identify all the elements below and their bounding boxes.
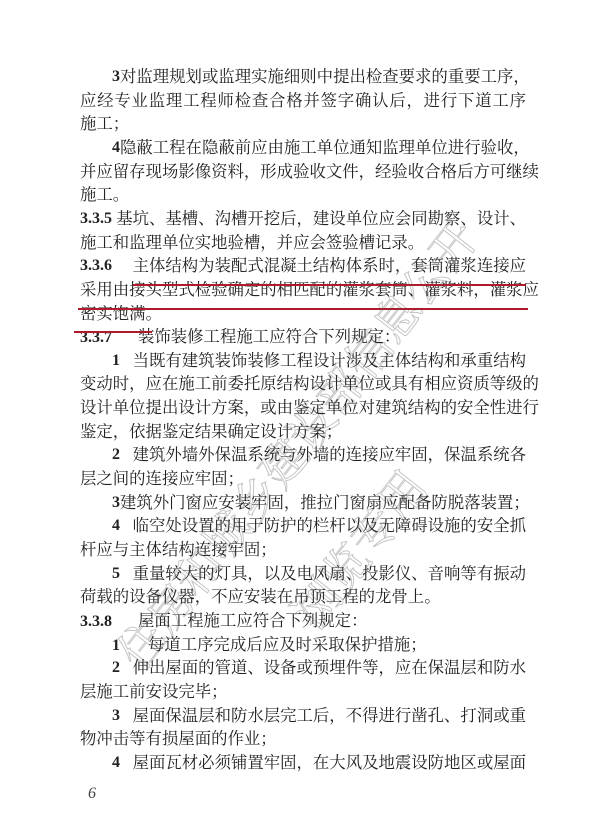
line-text: 伸出屋面的管道、设备或预埋件等，应在保温层和防水 (133, 656, 526, 680)
line-text: 并应留存现场影像资料，形成验收文件，经验收合格后方可继续 (80, 160, 539, 184)
clause-number: 3.3.7 (80, 326, 138, 350)
text-line: 施工； (80, 112, 526, 136)
line-text: 屋面工程施工应符合下列规定： (138, 611, 367, 630)
item-number: 3 (80, 65, 120, 89)
line-text: 当既有建筑装饰装修工程设计涉及主体结构和承重结构 (133, 349, 526, 373)
line-text: 每道工序完成后应及时采取保护措施； (148, 635, 427, 654)
red-underline-1 (133, 284, 526, 286)
line-text: 建筑外墙外保温系统与外墙的连接应牢固，保温系统各 (133, 443, 526, 467)
page-number: 6 (88, 785, 96, 803)
text-line: 施工。 (80, 183, 526, 207)
text-line: 施工和监理单位实地验槽，并应会签验槽记录。 (80, 231, 526, 255)
text-line: 4隐蔽工程在隐蔽前应由施工单位通知监理单位进行验收， (80, 136, 526, 160)
item-number: 4 (80, 751, 133, 775)
line-text: 密实饱满。 (80, 304, 162, 323)
clause-number: 3.3.6 (80, 254, 133, 278)
item-number: 1 (80, 634, 148, 658)
line-text: 设计单位提出设计方案，或由鉴定单位对建筑结构的安全性进行 (80, 396, 539, 420)
clause-number: 3.3.8 (80, 610, 138, 634)
document-page: 3对监理规划或监理实施细则中提出检查要求的重要工序，应经专业监理工程师检查合格并… (0, 0, 600, 829)
line-text: 临空处设置的用于防护的栏杆以及无障碍设施的安全抓 (133, 514, 526, 538)
text-line: 3.3.6主体结构为装配式混凝土结构体系时，套筒灌浆连接应 (80, 254, 526, 278)
line-text: 荷载的设备仪器，不应安装在吊顶工程的龙骨上。 (80, 587, 441, 606)
text-line: 荷载的设备仪器，不应安装在吊顶工程的龙骨上。 (80, 585, 526, 609)
text-line: 4屋面瓦材必须铺置牢固，在大风及地震设防地区或屋面 (80, 751, 526, 775)
line-text: 层之间的连接应牢固； (80, 469, 244, 488)
text-line: 1每道工序完成后应及时采取保护措施； (80, 633, 526, 657)
text-line: 层之间的连接应牢固； (80, 467, 526, 491)
item-number: 2 (80, 443, 133, 467)
text-line: 层施工前安设完毕； (80, 680, 526, 704)
line-text: 杆应与主体结构连接牢固； (80, 540, 277, 559)
text-line: 1当既有建筑装饰装修工程设计涉及主体结构和承重结构 (80, 349, 526, 373)
red-underline-3 (74, 331, 152, 333)
text-line: 物冲击等有损屋面的作业； (80, 727, 526, 751)
text-line: 设计单位提出设计方案，或由鉴定单位对建筑结构的安全性进行 (80, 396, 526, 420)
line-text: 装饰装修工程施工应符合下列规定： (138, 327, 400, 346)
line-text: 重量较大的灯具，以及电风扇、投影仪、音响等有振动 (133, 562, 526, 586)
text-line: 采用由接头型式检验确定的相匹配的灌浆套筒、灌浆料，灌浆应 (80, 278, 526, 302)
text-line: 密实饱满。 (80, 302, 526, 326)
text-line: 3对监理规划或监理实施细则中提出检查要求的重要工序， (80, 65, 526, 89)
line-text: 屋面瓦材必须铺置牢固，在大风及地震设防地区或屋面 (133, 751, 526, 775)
text-line: 应经专业监理工程师检查合格并签字确认后，进行下道工序 (80, 89, 526, 113)
line-text: 变动时，应在施工前委托原结构设计单位或具有相应资质等级的 (80, 372, 539, 396)
item-number: 2 (80, 656, 133, 680)
item-number: 3 (80, 491, 120, 515)
item-number: 3 (80, 704, 133, 728)
item-number: 5 (80, 562, 133, 586)
text-line: 2伸出屋面的管道、设备或预埋件等，应在保温层和防水 (80, 656, 526, 680)
red-underline-2 (78, 308, 528, 310)
line-text: 应经专业监理工程师检查合格并签字确认后，进行下道工序 (80, 89, 526, 113)
text-line: 鉴定，依据鉴定结果确定设计方案； (80, 420, 526, 444)
text-line: 3.3.5基坑、基槽、沟槽开挖后，建设单位应会同勘察、设计、 (80, 207, 526, 231)
line-text: 隐蔽工程在隐蔽前应由施工单位通知监理单位进行验收， (120, 136, 530, 160)
line-text: 屋面保温层和防水层完工后，不得进行凿孔、打洞或重 (133, 704, 526, 728)
line-text: 施工和监理单位实地验槽，并应会签验槽记录。 (80, 233, 424, 252)
text-line: 2建筑外墙外保温系统与外墙的连接应牢固，保温系统各 (80, 443, 526, 467)
line-text: 施工。 (80, 185, 129, 204)
line-text: 基坑、基槽、沟槽开挖后，建设单位应会同勘察、设计、 (116, 207, 526, 231)
item-number: 1 (80, 349, 133, 373)
line-text: 层施工前安设完毕； (80, 682, 228, 701)
line-text: 鉴定，依据鉴定结果确定设计方案； (80, 422, 342, 441)
text-line: 3建筑外门窗应安装牢固，推拉门窗扇应配备防脱落装置； (80, 491, 526, 515)
clause-number: 3.3.5 (80, 207, 116, 231)
item-number: 4 (80, 136, 120, 160)
text-line: 并应留存现场影像资料，形成验收文件，经验收合格后方可继续 (80, 160, 526, 184)
text-line: 杆应与主体结构连接牢固； (80, 538, 526, 562)
line-text: 施工； (80, 114, 129, 133)
line-text: 物冲击等有损屋面的作业； (80, 729, 277, 748)
line-text: 主体结构为装配式混凝土结构体系时，套筒灌浆连接应 (133, 254, 526, 278)
text-line: 4临空处设置的用于防护的栏杆以及无障碍设施的安全抓 (80, 514, 526, 538)
text-line: 变动时，应在施工前委托原结构设计单位或具有相应资质等级的 (80, 372, 526, 396)
item-number: 4 (80, 514, 133, 538)
text-line: 3屋面保温层和防水层完工后，不得进行凿孔、打洞或重 (80, 704, 526, 728)
text-line: 5重量较大的灯具，以及电风扇、投影仪、音响等有振动 (80, 562, 526, 586)
line-text: 采用由接头型式检验确定的相匹配的灌浆套筒、灌浆料，灌浆应 (80, 278, 539, 302)
text-line: 3.3.8屋面工程施工应符合下列规定： (80, 609, 526, 633)
text-line: 3.3.7装饰装修工程施工应符合下列规定： (80, 325, 526, 349)
line-text: 对监理规划或监理实施细则中提出检查要求的重要工序， (120, 65, 530, 89)
line-text: 建筑外门窗应安装牢固，推拉门窗扇应配备防脱落装置； (120, 491, 530, 515)
